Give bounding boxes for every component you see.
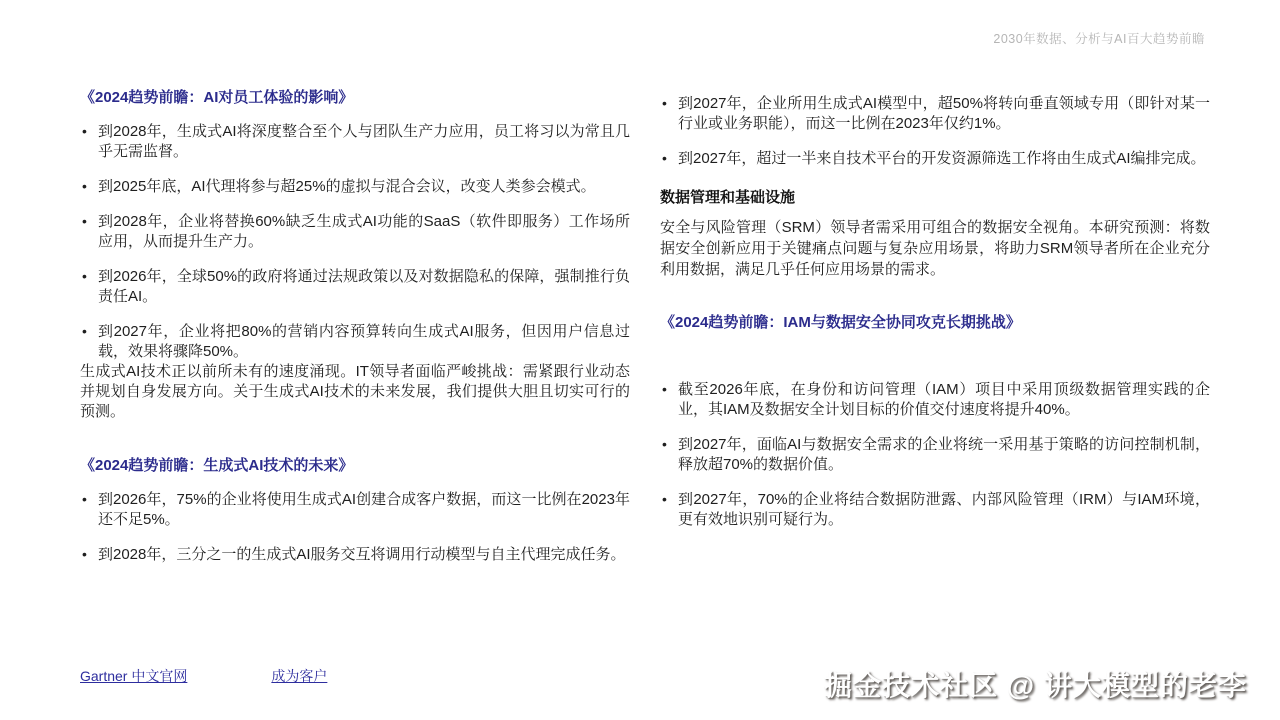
bullet-item: 到2027年，超过一半来自技术平台的开发资源筛选工作将由生成式AI编排完成。 bbox=[660, 149, 1210, 169]
link-gartner-chinese-site[interactable]: Gartner 中文官网 bbox=[80, 666, 187, 686]
link-become-client[interactable]: 成为客户 bbox=[271, 666, 327, 686]
bullet-item: 到2025年底，AI代理将参与超25%的虚拟与混合会议，改变人类参会模式。 bbox=[80, 177, 630, 197]
bullet-item: 到2027年，70%的企业将结合数据防泄露、内部风险管理（IRM）与IAM环境，… bbox=[660, 490, 1210, 530]
heading-ai-employee-experience: 《2024趋势前瞻：AI对员工体验的影响》 bbox=[80, 88, 630, 107]
bullet-list-ai-employee: 到2028年，生成式AI将深度整合至个人与团队生产力应用，员工将习以为常且几乎无… bbox=[80, 122, 630, 362]
report-page: 2030年数据、分析与AI百大趋势前瞻 《2024趋势前瞻：AI对员工体验的影响… bbox=[0, 0, 1280, 720]
report-title: 2030年数据、分析与AI百大趋势前瞻 bbox=[993, 32, 1205, 46]
heading-genai-future: 《2024趋势前瞻：生成式AI技术的未来》 bbox=[80, 456, 630, 475]
bullet-item: 到2028年，三分之一的生成式AI服务交互将调用行动模型与自主代理完成任务。 bbox=[80, 545, 630, 565]
page-header: 2030年数据、分析与AI百大趋势前瞻 bbox=[993, 29, 1205, 47]
bullet-list-genai-future: 到2026年，75%的企业将使用生成式AI创建合成客户数据，而这一比例在2023… bbox=[80, 490, 630, 565]
genai-intro-paragraph: 生成式AI技术正以前所未有的速度涌现。IT领导者面临严峻挑战：需紧跟行业动态并规… bbox=[80, 362, 630, 422]
footer-links: Gartner 中文官网 成为客户 bbox=[80, 666, 327, 686]
heading-data-management-infrastructure: 数据管理和基础设施 bbox=[660, 188, 1210, 207]
bullet-item: 截至2026年底，在身份和访问管理（IAM）项目中采用顶级数据管理实践的企业，其… bbox=[660, 380, 1210, 420]
bullet-item: 到2028年，企业将替换60%缺乏生成式AI功能的SaaS（软件即服务）工作场所… bbox=[80, 212, 630, 252]
srm-paragraph: 安全与风险管理（SRM）领导者需采用可组合的数据安全视角。本研究预测：将数据安全… bbox=[660, 217, 1210, 280]
bullet-item: 到2027年，企业所用生成式AI模型中，超50%将转向垂直领域专用（即针对某一行… bbox=[660, 94, 1210, 134]
content-columns: 《2024趋势前瞻：AI对员工体验的影响》 到2028年，生成式AI将深度整合至… bbox=[0, 0, 1280, 565]
bullet-list-genai-models: 到2027年，企业所用生成式AI模型中，超50%将转向垂直领域专用（即针对某一行… bbox=[660, 94, 1210, 169]
bullet-item: 到2027年，企业将把80%的营销内容预算转向生成式AI服务，但因用户信息过载，… bbox=[80, 322, 630, 362]
bullet-item: 到2028年，生成式AI将深度整合至个人与团队生产力应用，员工将习以为常且几乎无… bbox=[80, 122, 630, 162]
bullet-list-iam: 截至2026年底，在身份和访问管理（IAM）项目中采用顶级数据管理实践的企业，其… bbox=[660, 380, 1210, 530]
bullet-item: 到2027年，面临AI与数据安全需求的企业将统一采用基于策略的访问控制机制，释放… bbox=[660, 435, 1210, 475]
left-column: 《2024趋势前瞻：AI对员工体验的影响》 到2028年，生成式AI将深度整合至… bbox=[80, 88, 630, 565]
watermark: 掘金技术社区 @ 讲大模型的老李 bbox=[824, 664, 1247, 704]
bullet-item: 到2026年，全球50%的政府将通过法规政策以及对数据隐私的保障，强制推行负责任… bbox=[80, 267, 630, 307]
right-column: 到2027年，企业所用生成式AI模型中，超50%将转向垂直领域专用（即针对某一行… bbox=[660, 88, 1210, 565]
bullet-item: 到2026年，75%的企业将使用生成式AI创建合成客户数据，而这一比例在2023… bbox=[80, 490, 630, 530]
heading-iam-data-security: 《2024趋势前瞻：IAM与数据安全协同攻克长期挑战》 bbox=[660, 313, 1210, 332]
